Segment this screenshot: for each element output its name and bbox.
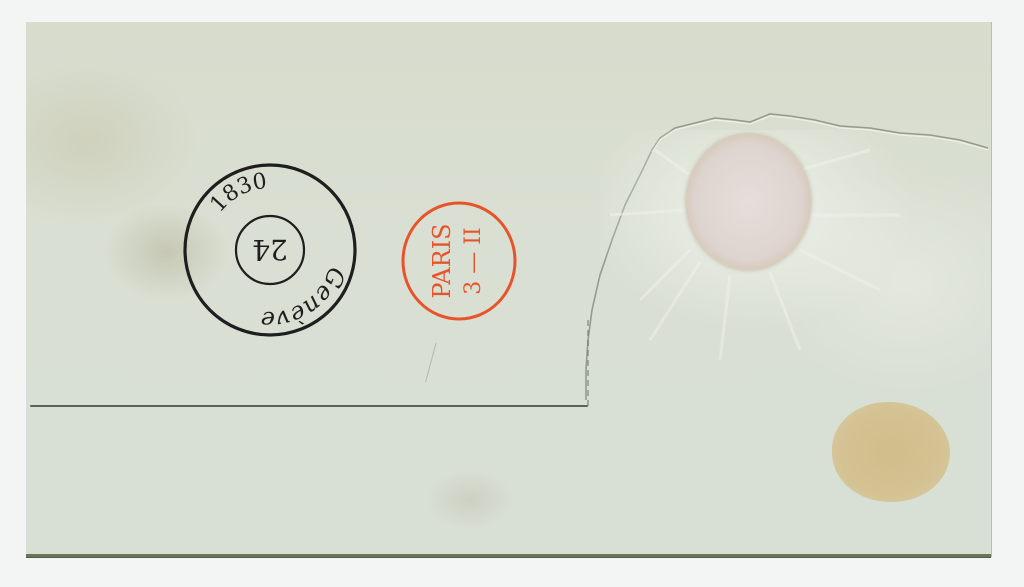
- paris-mark-date: 3 — II: [461, 227, 486, 294]
- postal-cover-scene: Genève 24 1830 PARIS 3 — II: [0, 0, 1024, 587]
- paris-mark-city: PARIS: [428, 223, 456, 298]
- datestamp-year: 1830: [206, 169, 269, 217]
- origin-datestamp: Genève 24 1830: [180, 160, 360, 340]
- datestamp-day: 24: [252, 233, 288, 266]
- flap-right-edge: [584, 320, 589, 406]
- faint-offset-mark: [425, 470, 515, 530]
- datestamp-outer-text: Genève: [260, 263, 351, 334]
- wax-seal-remnant: [686, 134, 811, 270]
- svg-text:Genève: Genève: [260, 263, 351, 334]
- stain-spot: [832, 402, 950, 502]
- svg-text:1830: 1830: [206, 169, 269, 217]
- paris-receiving-mark: PARIS 3 — II: [400, 200, 518, 322]
- flap-fold-line: [30, 405, 588, 407]
